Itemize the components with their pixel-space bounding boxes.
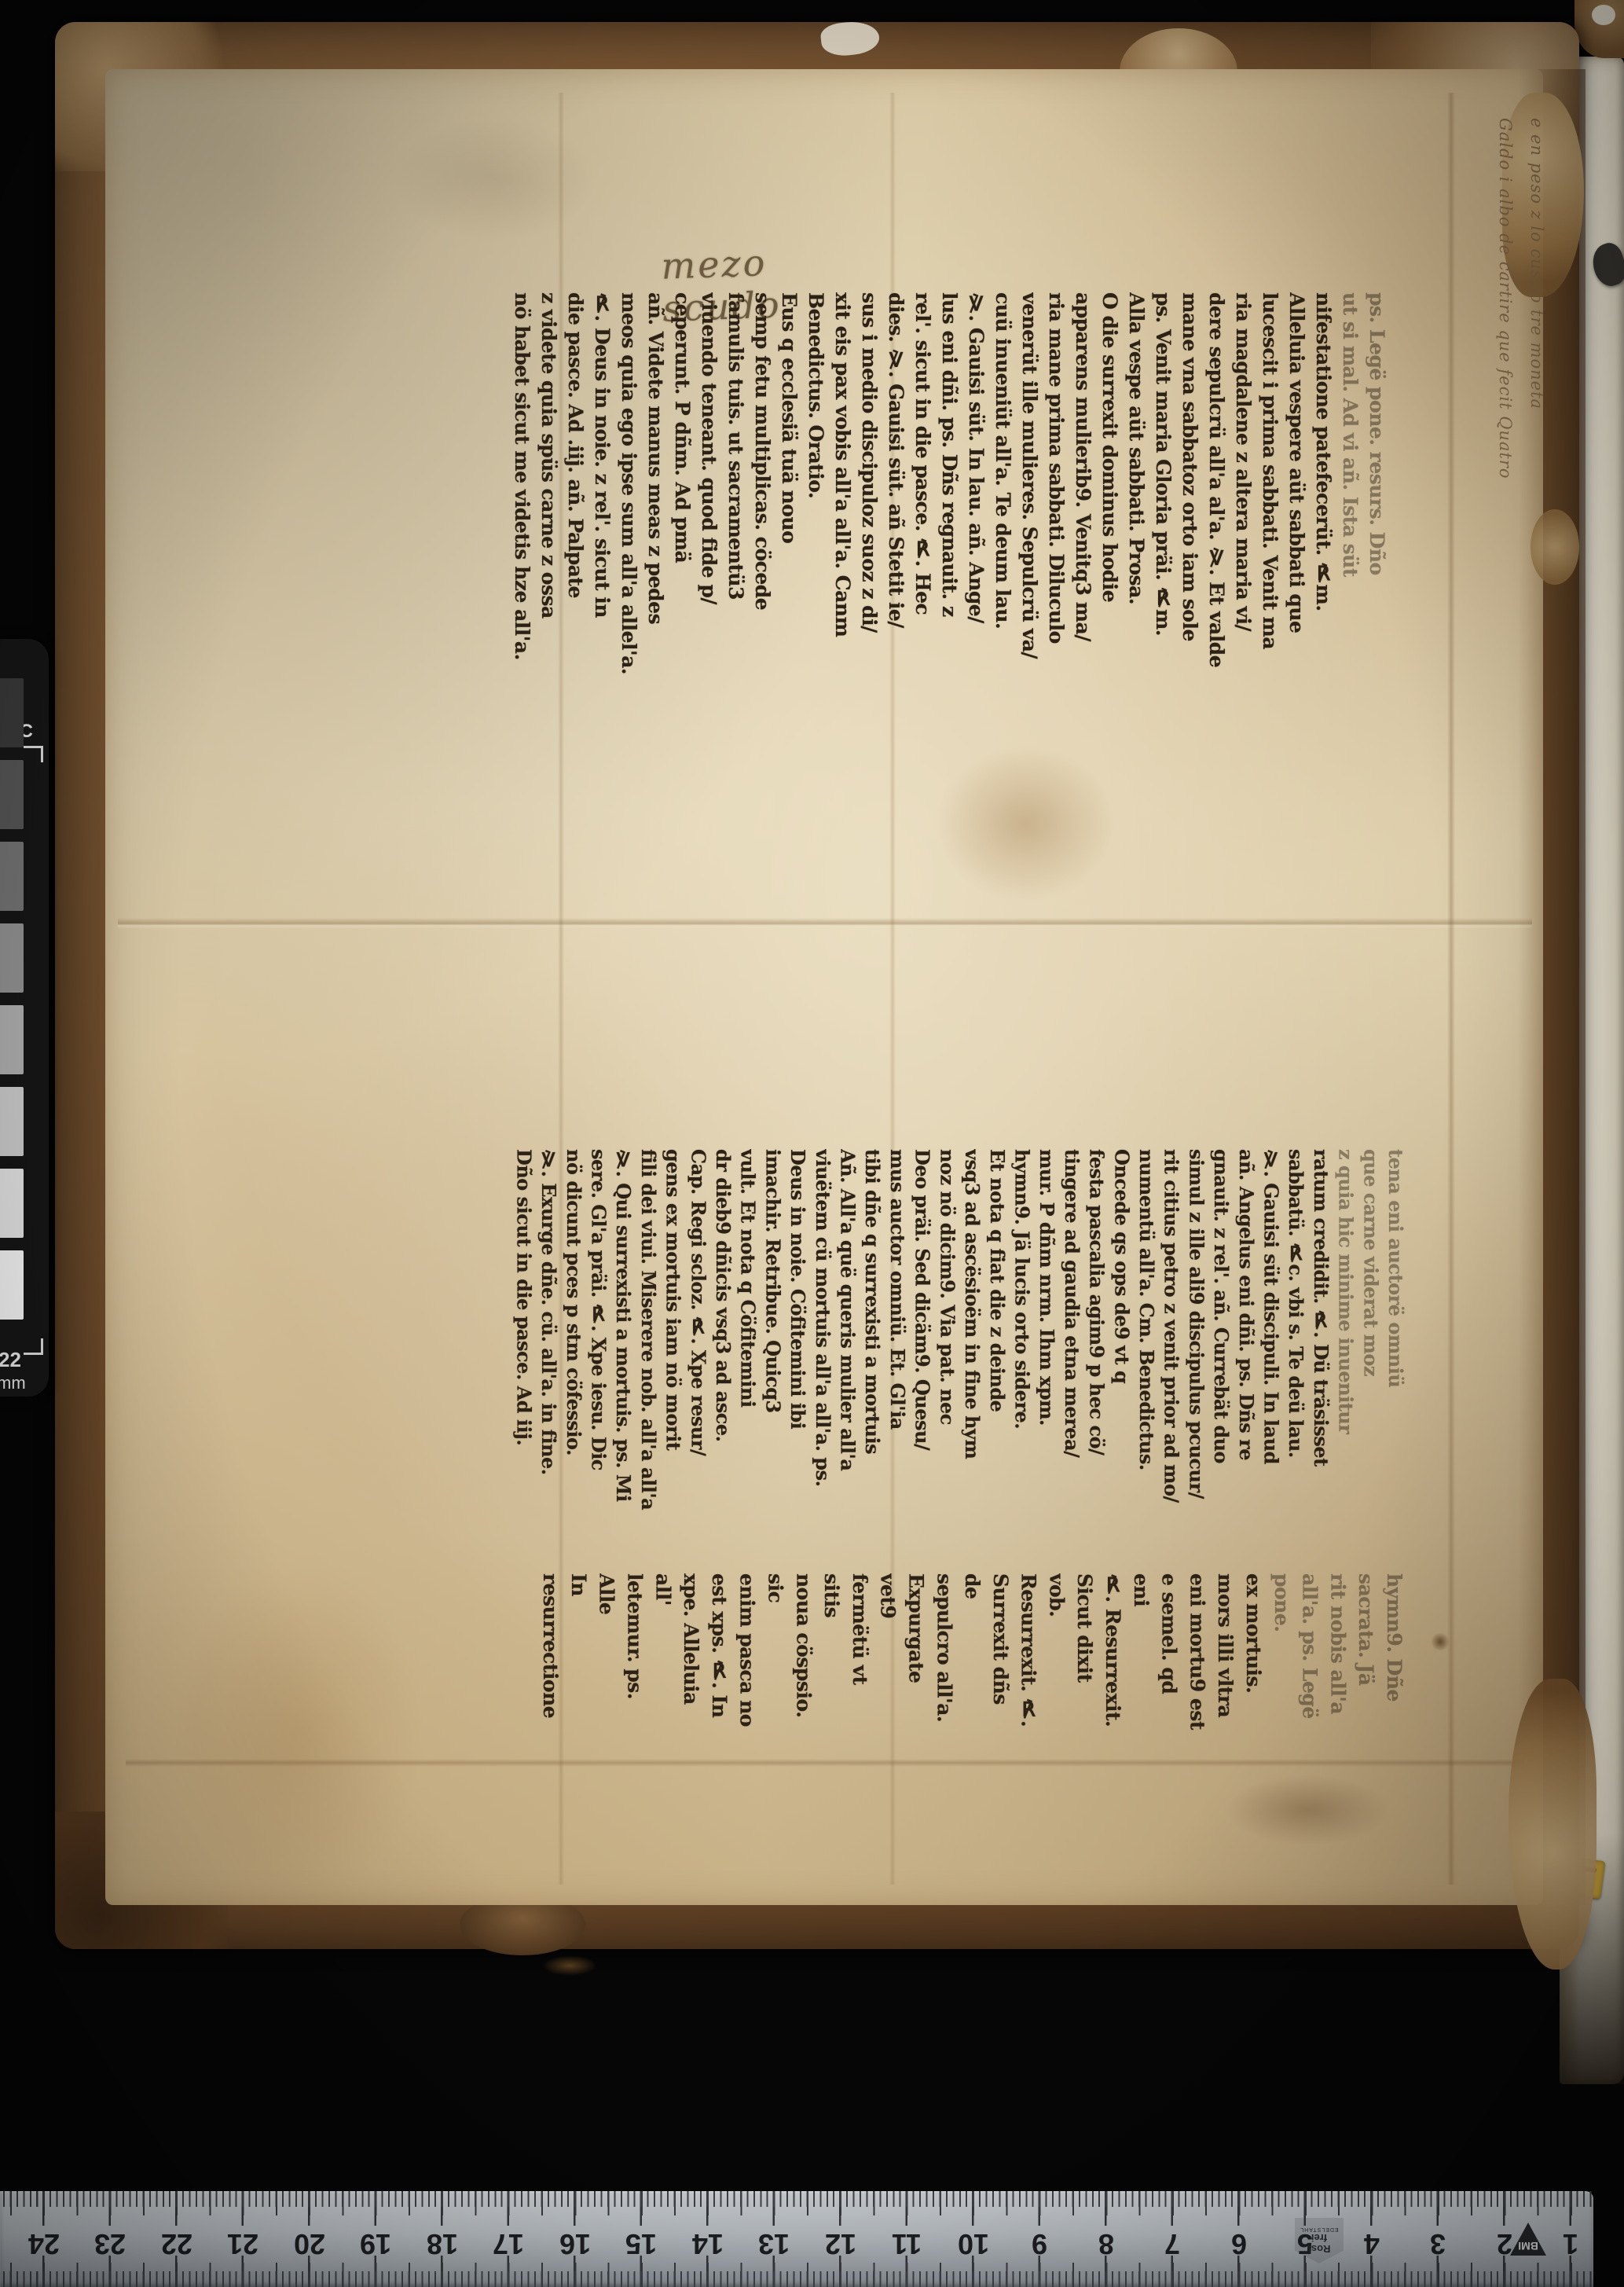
stain-speck [542, 1955, 597, 1976]
print-line: letemur. ps. Alle [592, 1573, 649, 1732]
print-line: imachir. Retribue. Quicq3 [761, 1149, 786, 1539]
print-line: simul z ille ali9 discipulus pcucur/ [1184, 1149, 1209, 1539]
print-line: semp fetu multiplicas. cöcede [749, 292, 775, 685]
print-line: Benedictus. Oratio. [802, 292, 829, 685]
print-line: mane vna sabbatoz orto iam sole [1176, 292, 1203, 685]
water-stain [173, 1562, 424, 1900]
print-line: viuendo teneant. quod fide p/ [695, 292, 722, 685]
print-line: fermëtü vt sitis [817, 1573, 874, 1732]
print-line: xpe. Alleluia all' [648, 1573, 705, 1732]
print-line: dr dieb9 dñicis vsq3 ad asce. [710, 1149, 735, 1539]
vertical-crease [1447, 93, 1455, 1885]
print-line: enim pasca no [733, 1573, 761, 1732]
edelstahl-label: EDELSTAHL [1300, 2227, 1338, 2233]
print-line: Resurrexit. ℟. [1014, 1573, 1043, 1732]
print-line: Dño sicut in die pasce. Ad iij. [511, 1149, 537, 1539]
card-number-label: 22 [0, 1348, 21, 1372]
print-line: est xps. ℟. In [705, 1573, 733, 1732]
print-line: lucescit i prima sabbati. Venit ma [1256, 292, 1283, 685]
print-line: ut si mal. Ad vi añ. Ista süt [1336, 292, 1363, 685]
card-gray-patch [0, 842, 24, 911]
ruler-mm-ticks-bottom [0, 2271, 1593, 2287]
print-line: famulis tuis. ut sacramentü3 [722, 292, 749, 685]
print-line: Alla vespe aüt sabbati. Prosa. [1123, 292, 1149, 685]
print-line: die pasce. Ad .iij. añ. Palpate [562, 292, 588, 685]
print-line: sabbatü. ℟c. vbi s. Te deü lau. [1283, 1149, 1308, 1539]
top-right-paper-scrap [1592, 5, 1615, 25]
print-line: ℟. Deus in noie. z rel'. sicut in [588, 292, 615, 685]
print-line: rel'. sicut in die pasce. ℟. Hec [909, 292, 936, 685]
print-line: Cap. Regi scloz. ℟. Xpe resur/ [686, 1149, 711, 1539]
print-line: In resurrectione [536, 1573, 592, 1732]
card-gray-patch [0, 1005, 24, 1074]
printed-text-lower-column-b: hymn9. Dñe sacrata. Järit nobis all'a al… [534, 1573, 1408, 1732]
steel-ruler: 242322212019181716151413121110987654321 … [0, 2191, 1593, 2287]
print-line: gens ex mortuis iam nö morit [661, 1149, 686, 1539]
print-line: Eus q ecclesiä tuä nouo [775, 292, 802, 685]
print-line: eni mortu9 est [1183, 1573, 1212, 1732]
print-line: mus auctor omniü. Et. Gl'ia [885, 1149, 910, 1539]
print-line: e semel. qd eni [1127, 1573, 1183, 1732]
print-line: hymn9. Jä lucis orto sidere. [1010, 1149, 1035, 1539]
card-corner-bracket [24, 1338, 43, 1355]
print-line: nifestatione patefecerüt. ℟m. [1310, 292, 1336, 685]
card-gray-patch [0, 760, 24, 829]
card-gray-patch [0, 1250, 24, 1320]
print-line: rit nobis all'a all'a. ps. Legë pone. [1267, 1573, 1351, 1732]
print-line: ℣. Exurge dñe. cü. all'a. in fine. [536, 1149, 561, 1539]
print-line: ria magdalene z altera maria vi/ [1230, 292, 1256, 685]
print-line: ps. Venit maria Gloria präi. ℟m. [1149, 292, 1176, 685]
manuscript-gutter-note: e en peso z lo custio tre monetaGaldo i … [1485, 118, 1553, 770]
print-line: ℟. Resurrexit. [1098, 1573, 1127, 1732]
print-line: añ. Angelus eni dñi. ps. Dñs re [1234, 1149, 1259, 1539]
card-corner-bracket [24, 746, 43, 762]
print-line: ℣. Qui surrexisti a mortuis. ps. Mi [611, 1149, 636, 1539]
print-line: O die surrexit dominus hodie [1096, 292, 1123, 685]
print-line: que carne viderat moz [1358, 1149, 1384, 1539]
print-line: Oncede qs ops de9 vt q [1109, 1149, 1135, 1539]
print-line: tibi dñe q surrexisti a mortuis [860, 1149, 885, 1539]
print-line: e en peso z lo custio tre moneta [1521, 118, 1553, 770]
print-line: vult. Et nota q Cöfitemini [735, 1149, 761, 1539]
print-line: fili dei viui. Miserere nob. all'a all'a [636, 1149, 661, 1539]
print-line: nouü. Cäticum [534, 1573, 536, 1732]
print-line: tena eni auctorë omniü [1383, 1149, 1408, 1539]
hinge-tear-bottom [1509, 1679, 1597, 1969]
printed-text-top-column: ps. Legë pone. resurs. Dñout si mal. Ad … [507, 292, 1390, 685]
card-gray-patch [0, 1087, 24, 1156]
print-line: ℣. Gauisi süt. In lau. añ. Ange/ [962, 292, 989, 685]
print-line: sere. Gl'a präi. ℟. Xpe iesu. Dic [586, 1149, 611, 1539]
print-line: xit eis pax vobis all'a all'a. Canm [829, 292, 856, 685]
print-line: viuëtem cü mortuis all'a all'a. ps. [810, 1149, 835, 1539]
print-line: sus i medio discipuloz suoz z di/ [856, 292, 882, 685]
print-line: Et nota q fiat die z deinde [984, 1149, 1010, 1539]
print-line: Añ. All'a quë queris mulier all'a [835, 1149, 860, 1539]
print-line: meos quia ego ipse sum all'a allel'a. [615, 292, 642, 685]
print-line: dere sepulcrü all'a al'a. ℣. Et valde [1203, 292, 1230, 685]
print-line: festa pascalia agim9 p hec cö/ [1084, 1149, 1109, 1539]
print-line: vsq3 ad ascësioëm in fine hym [959, 1149, 984, 1539]
horizontal-fold-crease [118, 918, 1532, 929]
print-line: cuü inueniüt all'a. Te deum lau. [989, 292, 1016, 685]
print-line: Deo präi. Sed dicäm9. Quesu/ [910, 1149, 935, 1539]
print-line: z quia hic minime inuenitur [1333, 1149, 1358, 1539]
rostfrei-label-line1: Rost [1308, 2244, 1331, 2255]
ruler-mm-ticks [0, 2191, 1593, 2207]
print-line: mors illi vltra [1211, 1573, 1239, 1732]
print-line: Expurgate vet9 [874, 1573, 930, 1732]
print-line: Galdo i albo de cartire que fecit Quatro [1490, 118, 1521, 770]
print-line: venerüt ille mulieres. Sepulcrü va/ [1016, 292, 1043, 685]
print-line: nö habet sicut me videtis hze all'a. [508, 292, 535, 685]
printed-text-lower-column-a: tena eni auctorë omniüque carne viderat … [511, 1149, 1408, 1539]
print-line: lus eni dñi. ps. Dñs regnauit. z [936, 292, 962, 685]
photo-stage: mezo scudo ps. Legë pone. resurs. Dñout … [0, 0, 1624, 2287]
print-line: Alleluia vespere aüt sabbati que [1283, 292, 1310, 685]
print-line: nö dicunt pces p stm cöfessio. [561, 1149, 586, 1539]
print-line: sepulcro all'a. [929, 1573, 958, 1732]
print-line: Deus in noie. Cöfitemini ibi [785, 1149, 810, 1539]
print-line: Surrexit dñs de [958, 1573, 1014, 1732]
card-gray-patch [0, 1169, 24, 1238]
print-line: ps. Legë pone. resurs. Dño [1363, 292, 1390, 685]
print-line: ratum credidit. ℟. Dü träsisset [1308, 1149, 1333, 1539]
print-line: noz nö dicim9. Via pat. nec [935, 1149, 960, 1539]
print-line: z videte quia spüs carne z ossa [535, 292, 562, 685]
stain [935, 745, 1116, 902]
print-line: numentü all'a. Cm. Benedictus. [1134, 1149, 1159, 1539]
card-gray-patch [0, 678, 24, 747]
print-line: gnauit. z rel'. añ. Currebät duo [1208, 1149, 1234, 1539]
print-line: hymn9. Dñe sacrata. Jä [1351, 1573, 1408, 1732]
print-line: ex mortuis. [1239, 1573, 1267, 1732]
print-line: tingere ad gaudia etna merea/ [1059, 1149, 1084, 1539]
print-line: ℣. Gauisi süt discipuli. In laud [1259, 1149, 1284, 1539]
card-gray-patches [0, 678, 24, 1332]
print-line: noua cöspsio. sic [761, 1573, 818, 1732]
print-line: ceperunt. P dñm. Ad pmä [669, 292, 695, 685]
print-line: añ. Videte manus meas z pedes [642, 292, 669, 685]
card-gray-patch [0, 923, 24, 993]
horizontal-fold-crease [126, 1759, 1524, 1767]
print-line: ria mane prima sabbati. Diluculo [1043, 292, 1069, 685]
stain [393, 116, 597, 242]
print-line: dies. ℣. Gauisi süt. añ Stetit ie/ [882, 292, 909, 685]
rostfrei-label-line2: frei [1311, 2233, 1327, 2244]
card-unit-label: mm [0, 1373, 26, 1393]
grayscale-calibration-card: SIC 22 mm [0, 639, 49, 1397]
print-line: rit citius petro z venit prior ad mo/ [1159, 1149, 1184, 1539]
print-line: Sicut dixit vob. [1043, 1573, 1099, 1732]
print-line: apparens mulierib9. Venitq3 ma/ [1069, 292, 1096, 685]
print-line: mur. P dñm nrm. Ihm xpm. [1034, 1149, 1059, 1539]
stain [1226, 1775, 1391, 1845]
